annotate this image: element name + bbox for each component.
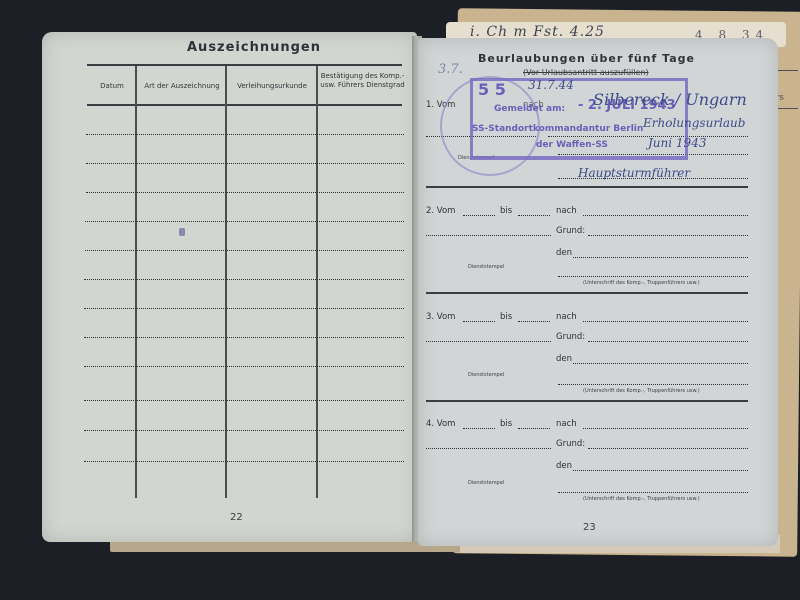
table-row-line [84,308,404,309]
table-row-line [86,134,404,135]
page-number-left: 22 [230,512,243,523]
entry-4-nach-field [583,428,748,429]
right-page-subtitle: (Vor Urlaubsantritt auszufüllen) [523,68,649,77]
stamp-number: 5 5 [478,80,506,99]
entry-2-grund-field [588,235,748,236]
handwritten-destination: Silbereck / Ungarn [593,90,747,109]
entry-3-nach-label: nach [556,312,577,322]
entry-4-vom-field [463,428,495,429]
entry-2-den-label: den [556,248,572,258]
entry-4-grund-label: Grund: [556,439,585,449]
column-header-art: Art der Auszeichnung [137,82,227,91]
entry-divider [426,186,748,188]
entry-4-signature-label: (Unterschrift des Komp.-, Truppenführers… [583,496,700,502]
entry-2-stamp-label: Dienststempel [468,264,504,270]
entry-3-bis-field [518,321,550,322]
entry-3-signature-line [558,384,748,385]
table-row-line [84,461,404,462]
entry-4-vom-label: 4. Vom [426,419,455,429]
entry-3-vom-field [463,321,495,322]
entry-4-signature-line [558,492,748,493]
entry-4-den-field [573,470,748,471]
entry-3-grund-field [588,341,748,342]
column-header-bestaetigung: Bestätigung des Komp.- usw. Führers Dien… [320,72,405,90]
stamp-kommandantur: SS-Standortkommandantur Berlin [472,124,643,134]
table-row-line [84,279,404,280]
column-divider [135,66,137,498]
entry-2-vom-field [463,215,495,216]
entry-2-bis-label: bis [500,206,512,216]
entry-2-grund-label: Grund: [556,226,585,236]
entry-2-vom-label: 2. Vom [426,206,455,216]
right-page: Beurlaubungen über fünf Tage (Vor Urlaub… [418,38,778,546]
handwritten-signature: Hauptsturmführer [578,166,690,180]
entry-divider [426,292,748,294]
stamp-waffen-ss: der Waffen-SS [536,140,608,150]
entry-3-den-label: den [556,354,572,364]
table-row-line [84,366,404,367]
table-row-line [84,430,404,431]
entry-divider [426,400,748,402]
table-row-line [85,221,404,222]
entry-4-line [426,448,551,449]
handwritten-reason: Erholungsurlaub [643,116,745,130]
entry-4-nach-label: nach [556,419,577,429]
left-page: Auszeichnungen Datum Art der Auszeichnun… [42,32,417,542]
entry-3-signature-label: (Unterschrift des Komp.-, Truppenführers… [583,388,700,394]
entry-4-grund-field [588,448,748,449]
entry-3-stamp-label: Dienststempel [468,372,504,378]
entry-4-stamp-label: Dienststempel [468,480,504,486]
entry-3-vom-label: 3. Vom [426,312,455,322]
entry-2-den-field [573,257,748,258]
handwritten-bis: 31.7.44 [528,78,574,92]
entry-3-line [426,341,551,342]
table-row-line [84,400,404,401]
entry-3-nach-field [583,321,748,322]
handwritten-date: Juni 1943 [648,136,706,150]
column-divider [225,66,227,498]
entry-2-nach-field [583,215,748,216]
right-page-title: Beurlaubungen über fünf Tage [478,52,695,65]
entry-2-nach-label: nach [556,206,577,216]
left-page-title: Auszeichnungen [187,40,321,55]
column-header-verleihung: Verleihungsurkunde [227,82,317,91]
table-row-line [85,250,404,251]
table-row-line [86,192,404,193]
entry-4-den-label: den [556,461,572,471]
table-row-line [86,163,404,164]
entry-4-bis-field [518,428,550,429]
page-number-right: 23 [583,522,596,533]
column-divider [316,66,318,498]
handwritten-vom: 3.7. [438,62,463,77]
column-header-datum: Datum [87,82,137,91]
entry-2-signature-line [558,276,748,277]
entry-2-signature-label: (Unterschrift des Komp.-, Truppenführers… [583,280,700,286]
entry-4-bis-label: bis [500,419,512,429]
table-row-line [84,337,404,338]
entry-2-bis-field [518,215,550,216]
entry-2-line [426,235,551,236]
entry-3-den-field [573,363,748,364]
stamp-gemeldet: Gemeldet am: [494,104,565,114]
entry-3-grund-label: Grund: [556,332,585,342]
ink-smudge [179,228,185,236]
entry-3-bis-label: bis [500,312,512,322]
